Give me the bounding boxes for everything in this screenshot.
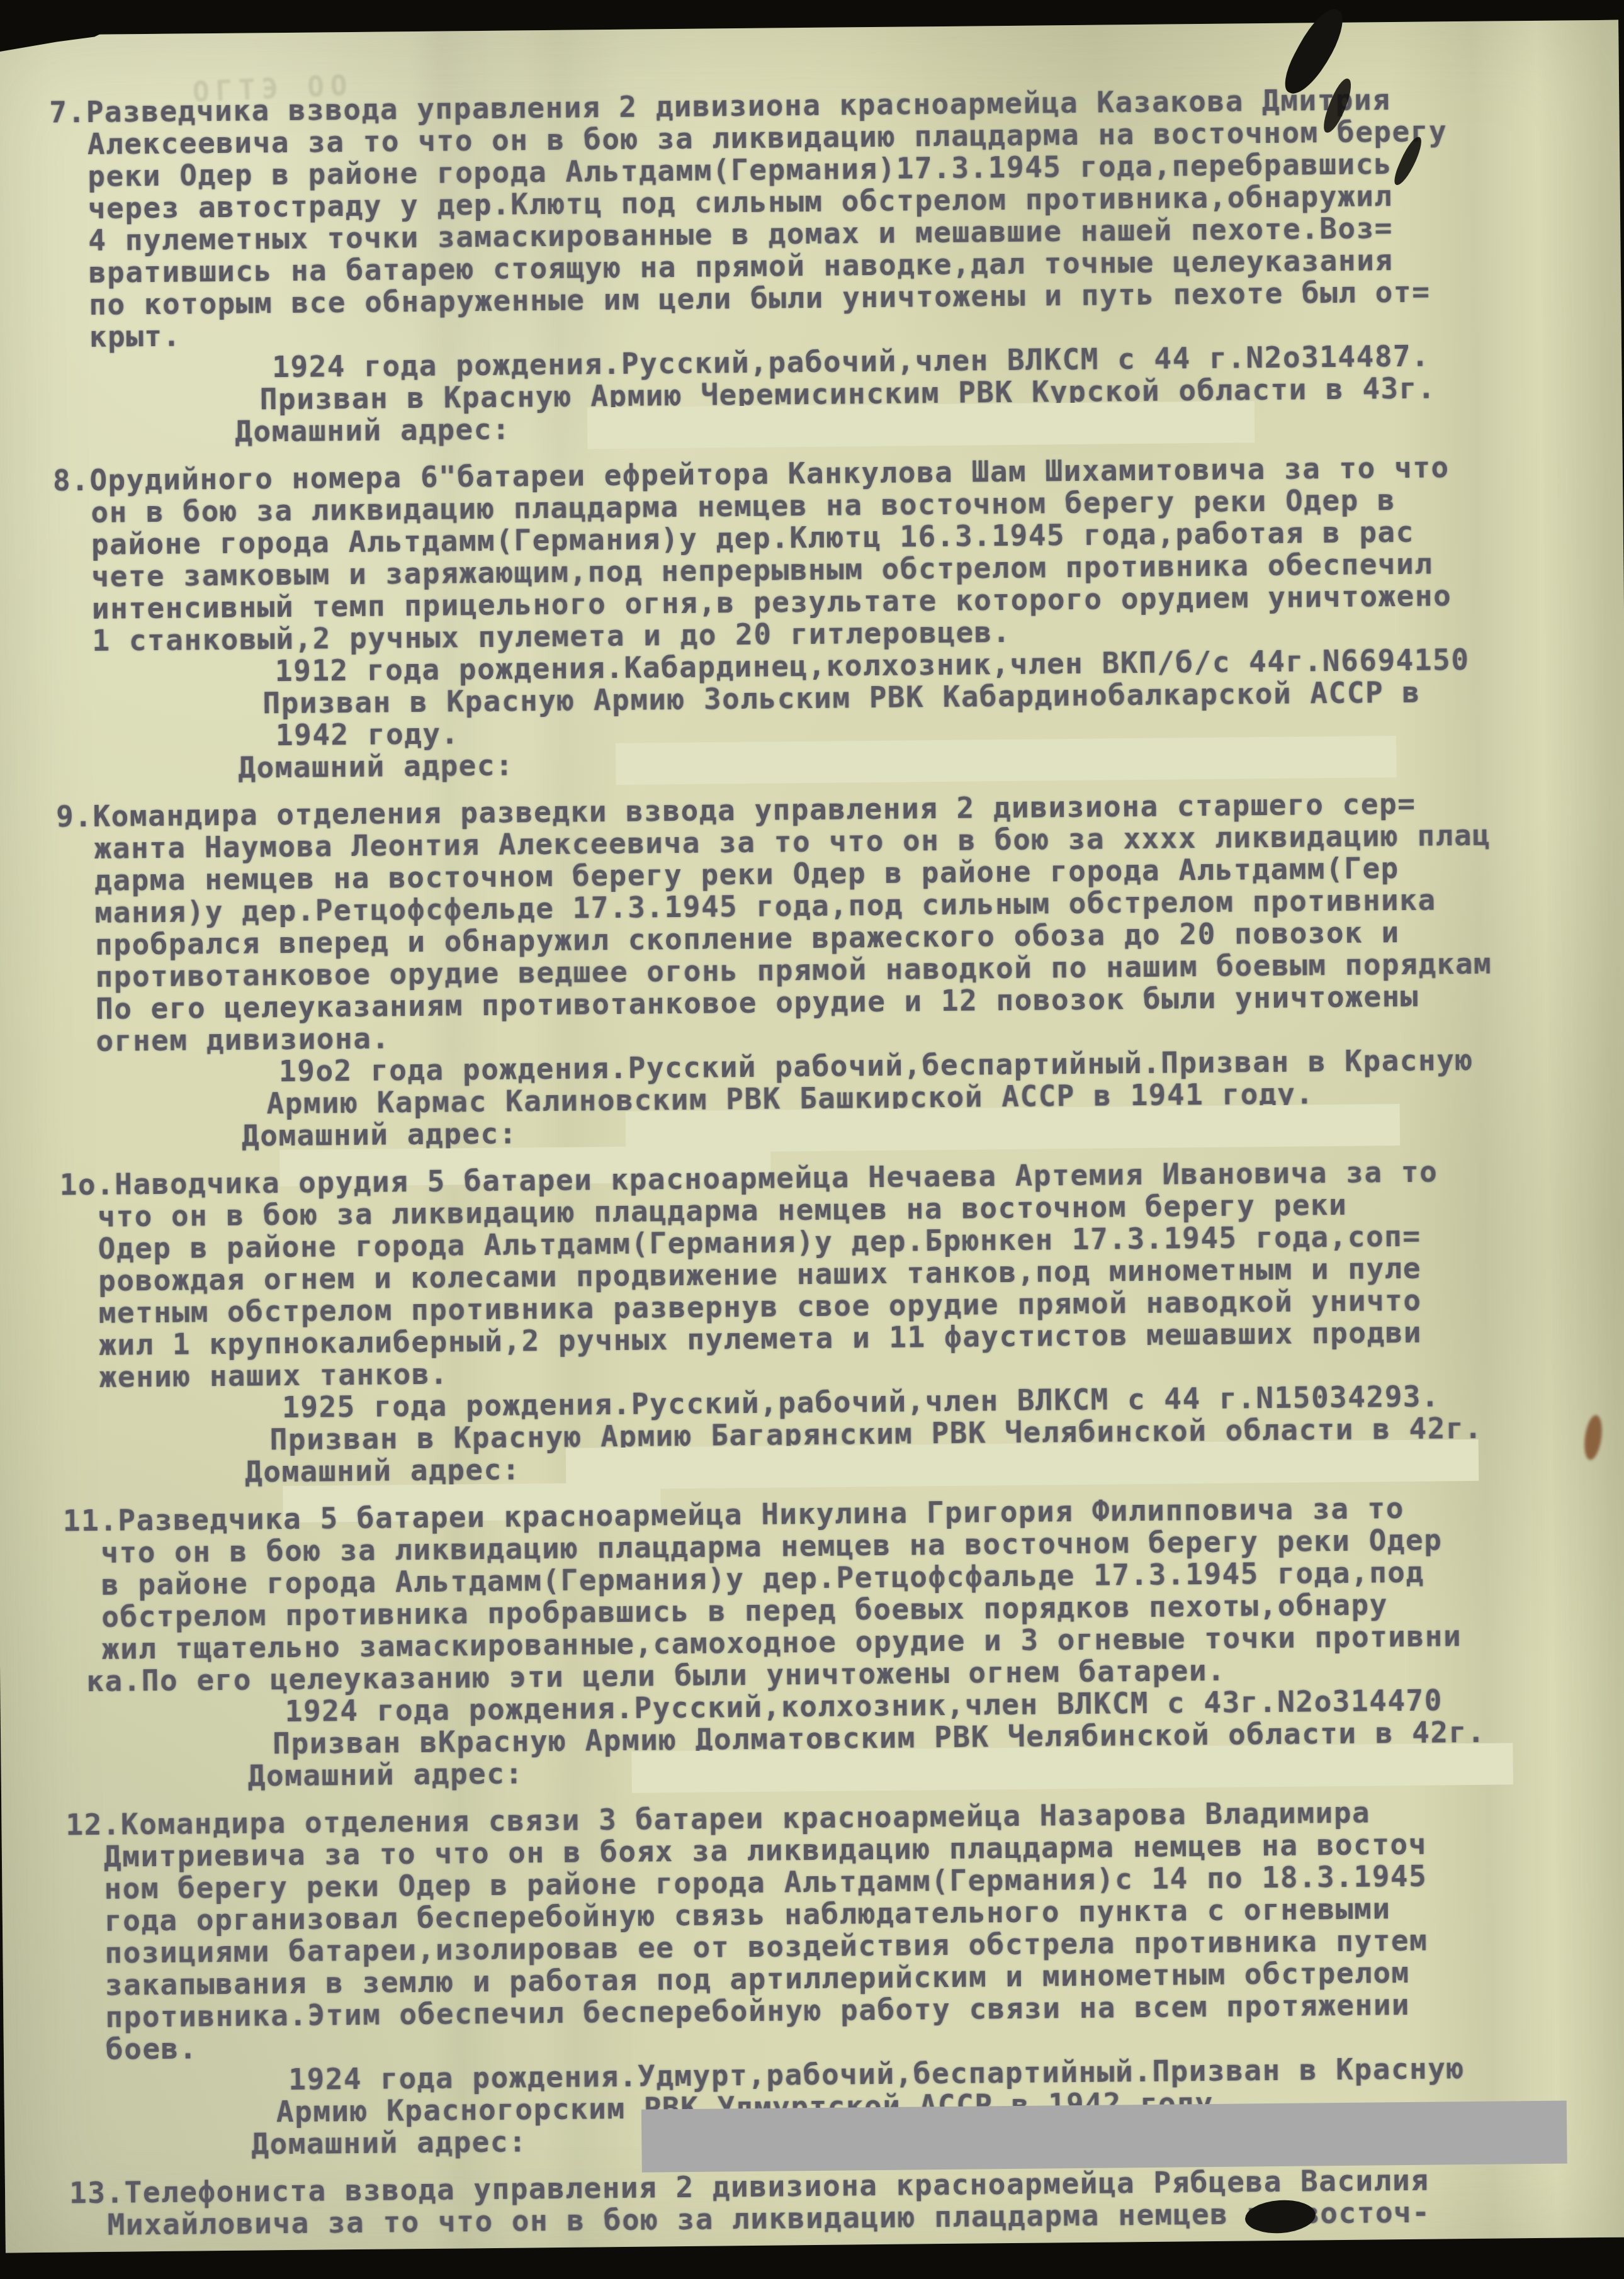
- redaction-block: [616, 736, 1397, 785]
- scanner-edge: [0, 0, 1624, 6]
- text-run: Домашний адрес:: [242, 1116, 517, 1152]
- paragraph: 12.Командира отделения связи 3 батареи к…: [65, 1794, 1622, 2163]
- text-run: Домашний адрес:: [251, 2124, 527, 2161]
- paragraph: 11.Разведчика 5 батареи красноармейца Ни…: [63, 1490, 1619, 1794]
- text-run: Домашний адрес:: [245, 1452, 521, 1488]
- text-run: 1942 году.: [276, 716, 460, 752]
- document-page: ОГТЭ ОО 7.Разведчика взвода управления 2…: [0, 20, 1624, 2253]
- text-run: огнем дивизиона.: [96, 1021, 390, 1057]
- paragraph: 7.Разведчика взвода управления 2 дивизио…: [49, 82, 1606, 450]
- text-run: Домашний адрес:: [235, 412, 510, 449]
- text-run: Домашний адрес:: [238, 748, 514, 785]
- paragraph: 9.Командира отделения разведки взвода уп…: [56, 786, 1613, 1154]
- redaction-block: [566, 1439, 1479, 1490]
- redaction-block: [631, 1743, 1513, 1792]
- text-run: боев.: [106, 2031, 198, 2066]
- paragraph: 8.Орудийного номера 6"батареи ефрейтора …: [53, 450, 1610, 786]
- paragraph: 13.Телефониста взвода управления 2 дивиз…: [69, 2163, 1623, 2242]
- redaction-block: [641, 2101, 1567, 2173]
- document-body: 7.Разведчика взвода управления 2 дивизио…: [49, 82, 1623, 2257]
- text-run: Домашний адрес:: [247, 1756, 523, 1792]
- text-run: крыт.: [89, 319, 181, 354]
- paragraph: 1о.Наводчика орудия 5 батареи красноарме…: [59, 1154, 1616, 1490]
- scanner-background: { "page": { "background_color": "#0d0c09…: [0, 0, 1624, 2279]
- redaction-block: [587, 401, 1255, 449]
- text-run: жению наших танков.: [99, 1357, 448, 1394]
